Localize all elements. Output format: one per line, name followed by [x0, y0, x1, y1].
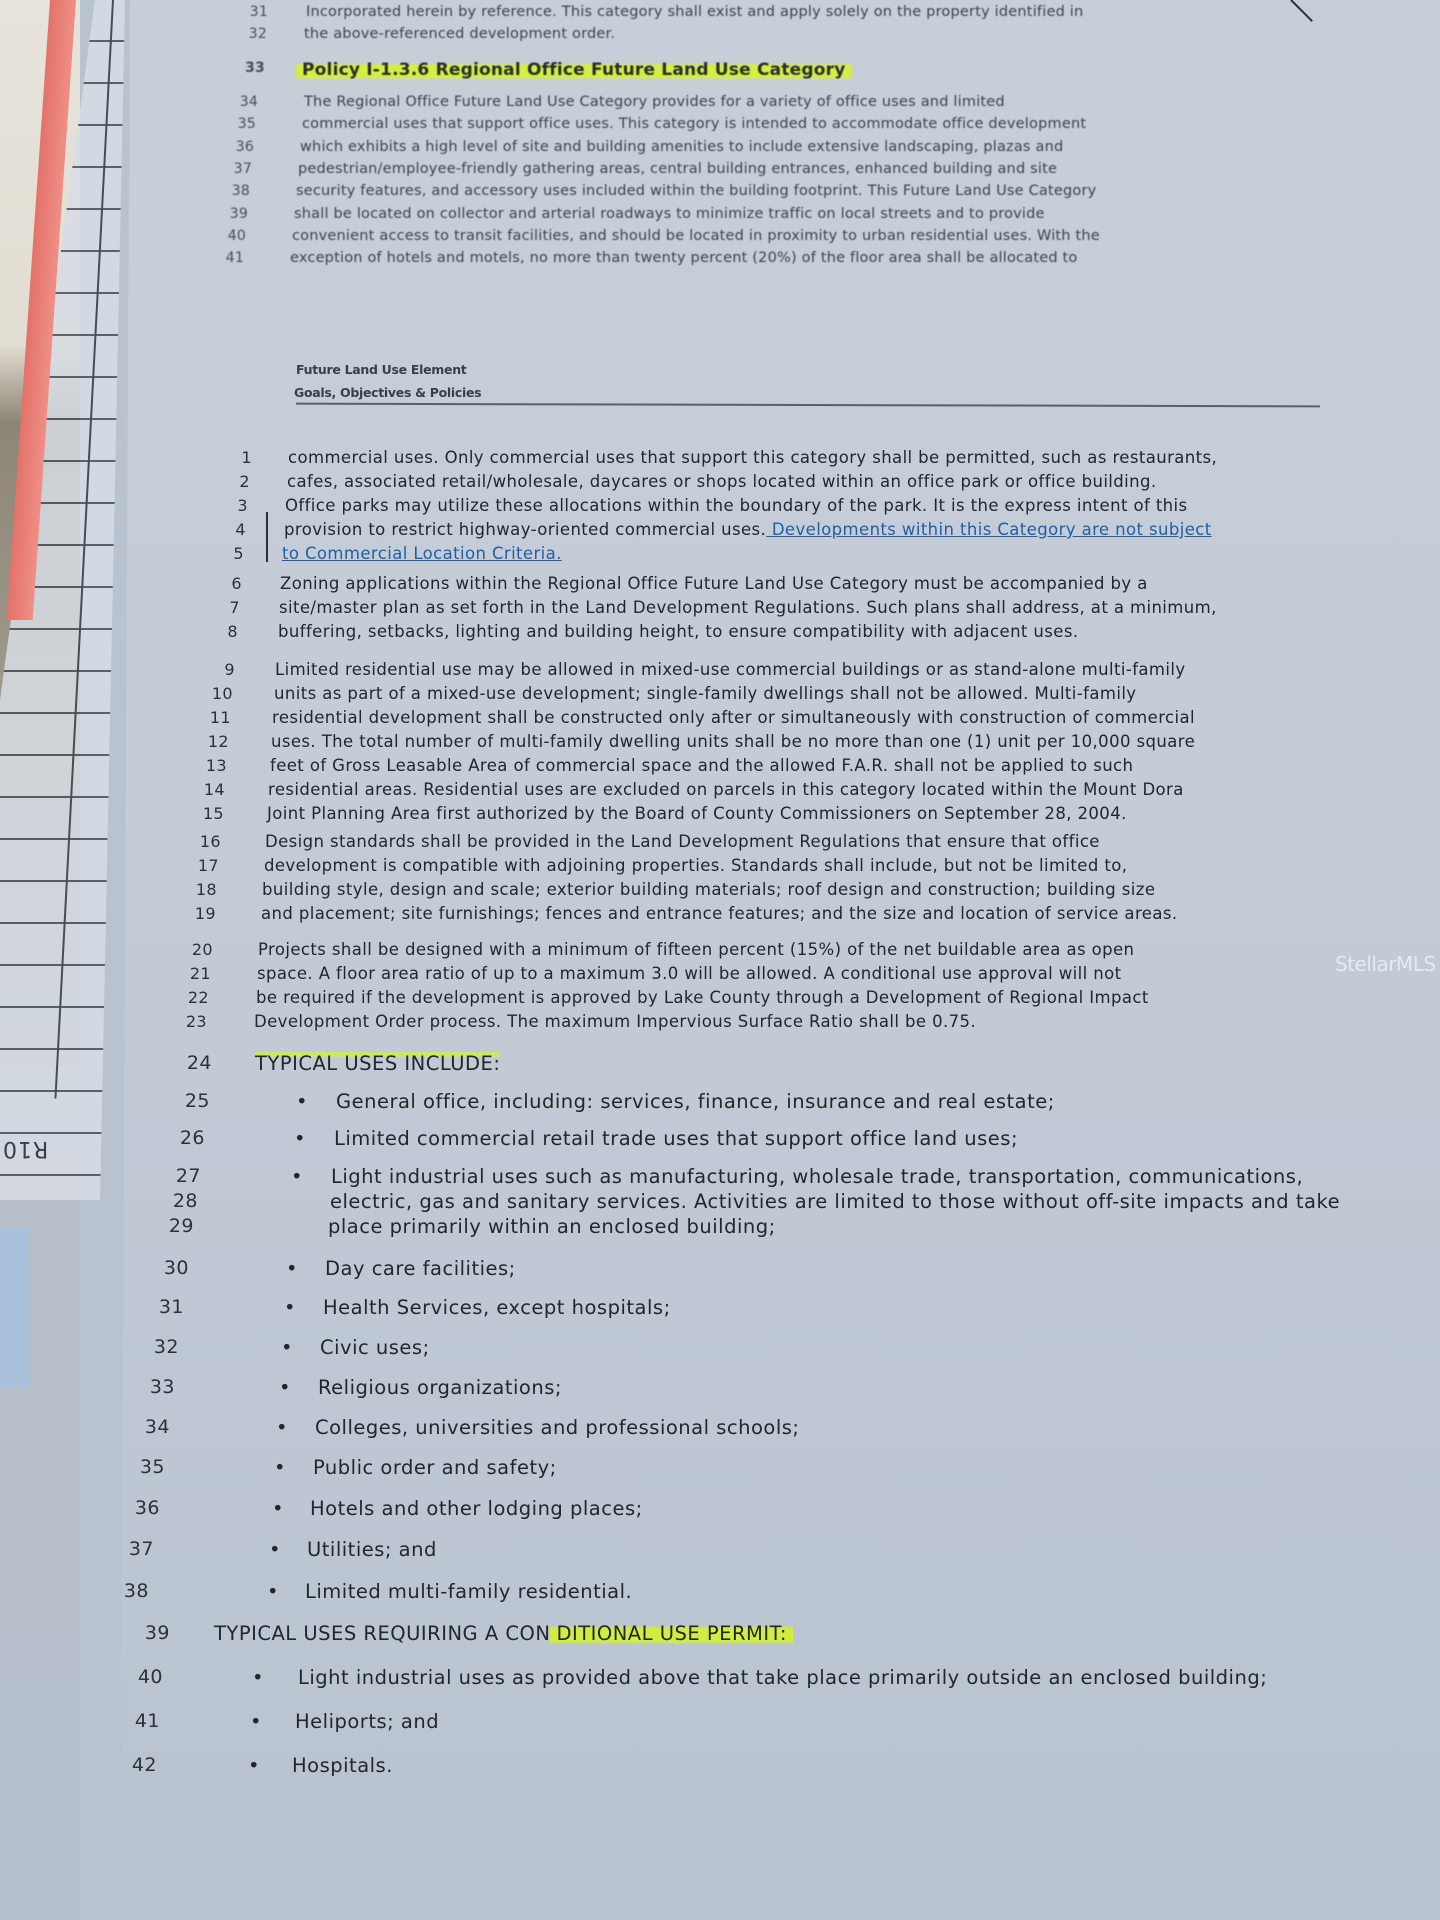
- line-number: 2: [206, 472, 250, 491]
- highlighted-text: Policy I-1.3.6 Regional Office Future La…: [296, 60, 852, 80]
- line-text: security features, and accessory uses in…: [296, 183, 1096, 199]
- line-number: 35: [212, 116, 256, 132]
- bullet-icon: •: [296, 1090, 308, 1113]
- line-number: 8: [194, 622, 238, 641]
- line-number: 41: [116, 1710, 160, 1732]
- line-number: 32: [135, 1336, 179, 1358]
- line-number: 34: [214, 94, 258, 110]
- line-number: 41: [200, 250, 244, 266]
- line-text: Limited multi-family residential.•: [305, 1580, 632, 1603]
- line-number: 12: [185, 732, 229, 751]
- line-number: 37: [110, 1538, 154, 1560]
- line-text: building style, design and scale; exteri…: [262, 880, 1155, 899]
- page-header-subtitle: Goals, Objectives & Policies: [294, 385, 481, 400]
- bullet-icon: •: [294, 1127, 306, 1150]
- line-text: cafes, associated retail/wholesale, dayc…: [287, 472, 1157, 491]
- line-text: exception of hotels and motels, no more …: [290, 250, 1078, 266]
- line-number: 33: [131, 1376, 175, 1398]
- line-number: 6: [198, 574, 242, 593]
- line-number: 40: [119, 1666, 163, 1688]
- line-number: 31: [140, 1296, 184, 1318]
- line-number: 32: [223, 26, 267, 42]
- bullet-icon: •: [279, 1376, 291, 1399]
- line-text: commercial uses that support office uses…: [302, 116, 1086, 132]
- line-text: Policy I-1.3.6 Regional Office Future La…: [296, 60, 852, 80]
- line-number: 29: [150, 1215, 194, 1237]
- bullet-icon: •: [272, 1497, 284, 1520]
- bullet-icon: •: [252, 1666, 264, 1689]
- line-text: be required if the development is approv…: [256, 988, 1149, 1007]
- line-text: Limited commercial retail trade uses tha…: [334, 1127, 1018, 1150]
- bullet-icon: •: [269, 1538, 281, 1561]
- line-text: Light industrial uses as provided above …: [298, 1666, 1267, 1689]
- line-number: 3: [204, 496, 248, 515]
- line-number: 1: [208, 448, 252, 467]
- line-text: space. A floor area ratio of up to a max…: [257, 964, 1121, 983]
- line-text: Day care facilities;•: [325, 1257, 516, 1280]
- bullet-icon: •: [250, 1710, 262, 1733]
- line-number: 17: [175, 856, 219, 875]
- highlighted-text: DITIONAL USE PERMIT:: [550, 1622, 792, 1645]
- cross-reference-link[interactable]: to Commercial Location Criteria.: [282, 544, 562, 563]
- line-text: Projects shall be designed with a minimu…: [258, 940, 1134, 959]
- line-number: 7: [196, 598, 240, 617]
- line-number: 34: [126, 1416, 170, 1438]
- watermark: StellarMLS: [1335, 952, 1436, 976]
- line-number: 42: [113, 1754, 157, 1776]
- line-number: 39: [126, 1622, 170, 1644]
- line-text: residential areas. Residential uses are …: [268, 780, 1184, 799]
- line-text: Health Services, except hospitals;•: [323, 1296, 671, 1319]
- line-text: Colleges, universities and professional …: [315, 1416, 799, 1439]
- bullet-icon: •: [291, 1165, 303, 1188]
- line-number: 25: [166, 1090, 210, 1112]
- line-number: 36: [116, 1497, 160, 1519]
- line-text: feet of Gross Leasable Area of commercia…: [270, 756, 1133, 775]
- line-text: site/master plan as set forth in the Lan…: [279, 598, 1217, 617]
- line-number: 39: [204, 206, 248, 222]
- line-text: Public order and safety;•: [313, 1456, 557, 1479]
- line-number: 9: [191, 660, 235, 679]
- line-text: to Commercial Location Criteria.: [282, 544, 562, 563]
- line-text: Limited residential use may be allowed i…: [275, 660, 1186, 679]
- line-number: 26: [161, 1127, 205, 1149]
- line-number: 19: [172, 904, 216, 923]
- line-text: Office parks may utilize these allocatio…: [285, 496, 1188, 515]
- line-number: 24: [168, 1052, 212, 1074]
- line-text: buffering, setbacks, lighting and buildi…: [278, 622, 1078, 641]
- page-header-title: Future Land Use Element: [296, 362, 466, 377]
- line-text: place primarily within an enclosed build…: [328, 1215, 776, 1238]
- bullet-icon: •: [281, 1336, 293, 1359]
- line-text: units as part of a mixed-use development…: [274, 684, 1136, 703]
- line-number: 40: [202, 228, 246, 244]
- line-number: 4: [202, 520, 246, 539]
- line-number: 15: [180, 804, 224, 823]
- bullet-icon: •: [284, 1296, 296, 1319]
- binder-blue-tab: [0, 1228, 30, 1388]
- line-number: 27: [157, 1165, 201, 1187]
- line-number: 10: [189, 684, 233, 703]
- line-number: 23: [163, 1012, 207, 1031]
- cross-reference-link[interactable]: Developments within this Category are no…: [766, 520, 1211, 539]
- line-number: 18: [173, 880, 217, 899]
- bullet-icon: •: [248, 1754, 260, 1777]
- revision-bar: [266, 512, 268, 562]
- line-text: Hospitals.•: [292, 1754, 393, 1777]
- line-number: 38: [206, 183, 250, 199]
- line-text: the above-referenced development order.: [304, 26, 615, 42]
- line-number: 21: [167, 964, 211, 983]
- line-text: Joint Planning Area first authorized by …: [267, 804, 1127, 823]
- line-text: residential development shall be constru…: [272, 708, 1195, 727]
- line-text: shall be located on collector and arteri…: [294, 206, 1045, 222]
- binder-tab-label: R10: [2, 1136, 48, 1161]
- line-text: Hotels and other lodging places;•: [310, 1497, 643, 1520]
- line-text: Incorporated herein by reference. This c…: [306, 4, 1083, 20]
- line-text: uses. The total number of multi-family d…: [271, 732, 1195, 751]
- line-text: Design standards shall be provided in th…: [265, 832, 1100, 851]
- line-text: The Regional Office Future Land Use Cate…: [304, 94, 1005, 110]
- line-text: and placement; site furnishings; fences …: [261, 904, 1177, 923]
- line-number: 28: [154, 1190, 198, 1212]
- line-number: 22: [165, 988, 209, 1007]
- line-text: development is compatible with adjoining…: [264, 856, 1127, 875]
- bullet-icon: •: [276, 1416, 288, 1439]
- line-number: 11: [187, 708, 231, 727]
- line-text: commercial uses. Only commercial uses th…: [288, 448, 1217, 467]
- bullet-icon: •: [267, 1580, 279, 1603]
- line-number: 5: [200, 544, 244, 563]
- line-text: Civic uses;•: [320, 1336, 430, 1359]
- line-text: Zoning applications within the Regional …: [280, 574, 1148, 593]
- line-number: 33: [221, 60, 265, 76]
- line-text: TYPICAL USES REQUIRING A CONDITIONAL USE…: [214, 1622, 793, 1645]
- line-number: 31: [224, 4, 268, 20]
- line-text: which exhibits a high level of site and …: [300, 139, 1063, 155]
- line-text: Utilities; and•: [307, 1538, 437, 1561]
- line-text: General office, including: services, fin…: [336, 1090, 1055, 1113]
- line-text: convenient access to transit facilities,…: [292, 228, 1100, 244]
- line-text: Religious organizations;•: [318, 1376, 562, 1399]
- line-text: Light industrial uses such as manufactur…: [331, 1165, 1303, 1188]
- bullet-icon: •: [274, 1456, 286, 1479]
- line-text: pedestrian/employee-friendly gathering a…: [298, 161, 1057, 177]
- line-text: Heliports; and•: [295, 1710, 439, 1733]
- line-number: 37: [208, 161, 252, 177]
- line-number: 20: [169, 940, 213, 959]
- line-number: 13: [183, 756, 227, 775]
- line-number: 30: [145, 1257, 189, 1279]
- line-text: electric, gas and sanitary services. Act…: [330, 1190, 1340, 1213]
- line-number: 14: [181, 780, 225, 799]
- line-number: 36: [210, 139, 254, 155]
- line-number: 35: [121, 1456, 165, 1478]
- line-text: Development Order process. The maximum I…: [254, 1012, 976, 1031]
- bullet-icon: •: [286, 1257, 298, 1280]
- line-number: 38: [105, 1580, 149, 1602]
- line-number: 16: [177, 832, 221, 851]
- line-text: TYPICAL USES INCLUDE:: [255, 1052, 500, 1075]
- line-text: provision to restrict highway-oriented c…: [284, 520, 1212, 539]
